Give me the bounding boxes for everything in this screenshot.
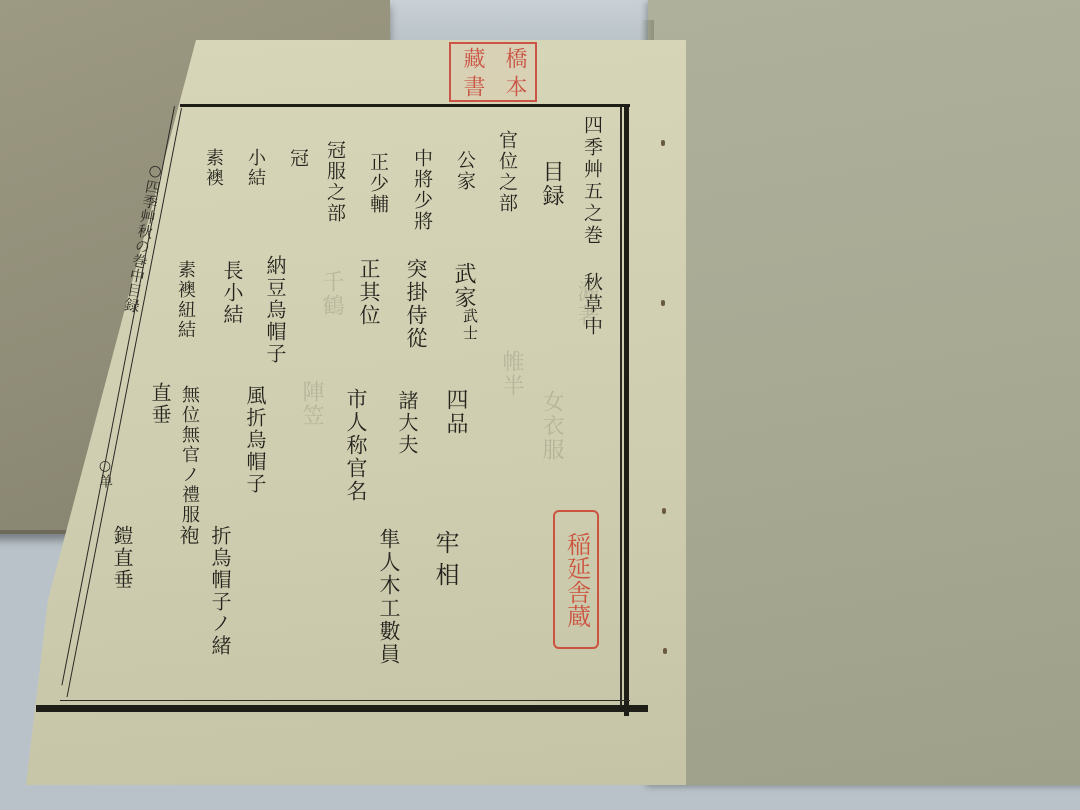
entry: 四品: [444, 388, 466, 436]
binding-hole: [661, 140, 665, 146]
entry: 素襖: [204, 148, 222, 188]
right-blank-page: [648, 0, 1080, 785]
entry: 相: [433, 562, 457, 588]
entry: 鎧直垂: [112, 525, 132, 591]
entry: 牢: [433, 530, 457, 556]
entry: 納豆烏帽子: [265, 255, 285, 365]
entry: 公家: [455, 150, 474, 192]
show-through-text: 漏著: [575, 280, 597, 328]
entry: 袍: [178, 525, 198, 547]
entry: 正少輔: [368, 152, 387, 215]
binding-hole: [663, 648, 667, 654]
entry: 小結: [246, 148, 264, 188]
frame-top-rule: [180, 104, 630, 107]
entry: 無位無官ノ禮服: [180, 385, 198, 525]
entry: 風折烏帽子: [245, 385, 265, 495]
contents-heading: 目録: [540, 160, 562, 208]
entry: 突掛侍從: [405, 258, 426, 350]
entry: 素襖紐結: [176, 260, 194, 340]
entry: 正其位: [358, 258, 379, 327]
entry: 中將少將: [412, 148, 431, 232]
section-heading-clothing: 冠服之部: [325, 140, 344, 224]
binding-hole: [661, 300, 665, 306]
entry: 折烏帽子ノ緒: [210, 525, 230, 657]
seal-char: 書: [451, 72, 493, 100]
show-through-text: 女衣服: [540, 390, 562, 462]
entry: 長小結: [222, 260, 242, 326]
entry: 諸大夫: [397, 390, 417, 456]
entry: 直垂: [150, 382, 170, 426]
collector-seal-right: 稲延舎蔵: [553, 510, 599, 649]
show-through-text: 帷半: [500, 350, 522, 398]
frame-right-rule: [624, 104, 629, 716]
show-through-text: 陣笠: [300, 380, 322, 428]
seal-char: 藏: [451, 44, 493, 72]
frame-bottom-inner-rule: [60, 700, 630, 701]
entry: 武家: [452, 262, 474, 310]
entry-note: 武士: [462, 308, 477, 342]
section-heading-ranks: 官位之部: [497, 130, 516, 214]
margin-mark: ○单: [95, 458, 115, 488]
entry: 冠: [288, 148, 307, 169]
entry: 隼人木工數員: [378, 528, 399, 666]
binding-hole: [662, 508, 666, 514]
show-through-text: 千鶴: [320, 270, 342, 318]
collector-seal-top: 橋 本 藏 書: [449, 42, 537, 102]
entry: 市人称官名: [345, 388, 366, 503]
seal-char: 橋: [493, 44, 535, 72]
frame-bottom-rule: [36, 705, 648, 712]
seal-char: 本: [493, 72, 535, 100]
